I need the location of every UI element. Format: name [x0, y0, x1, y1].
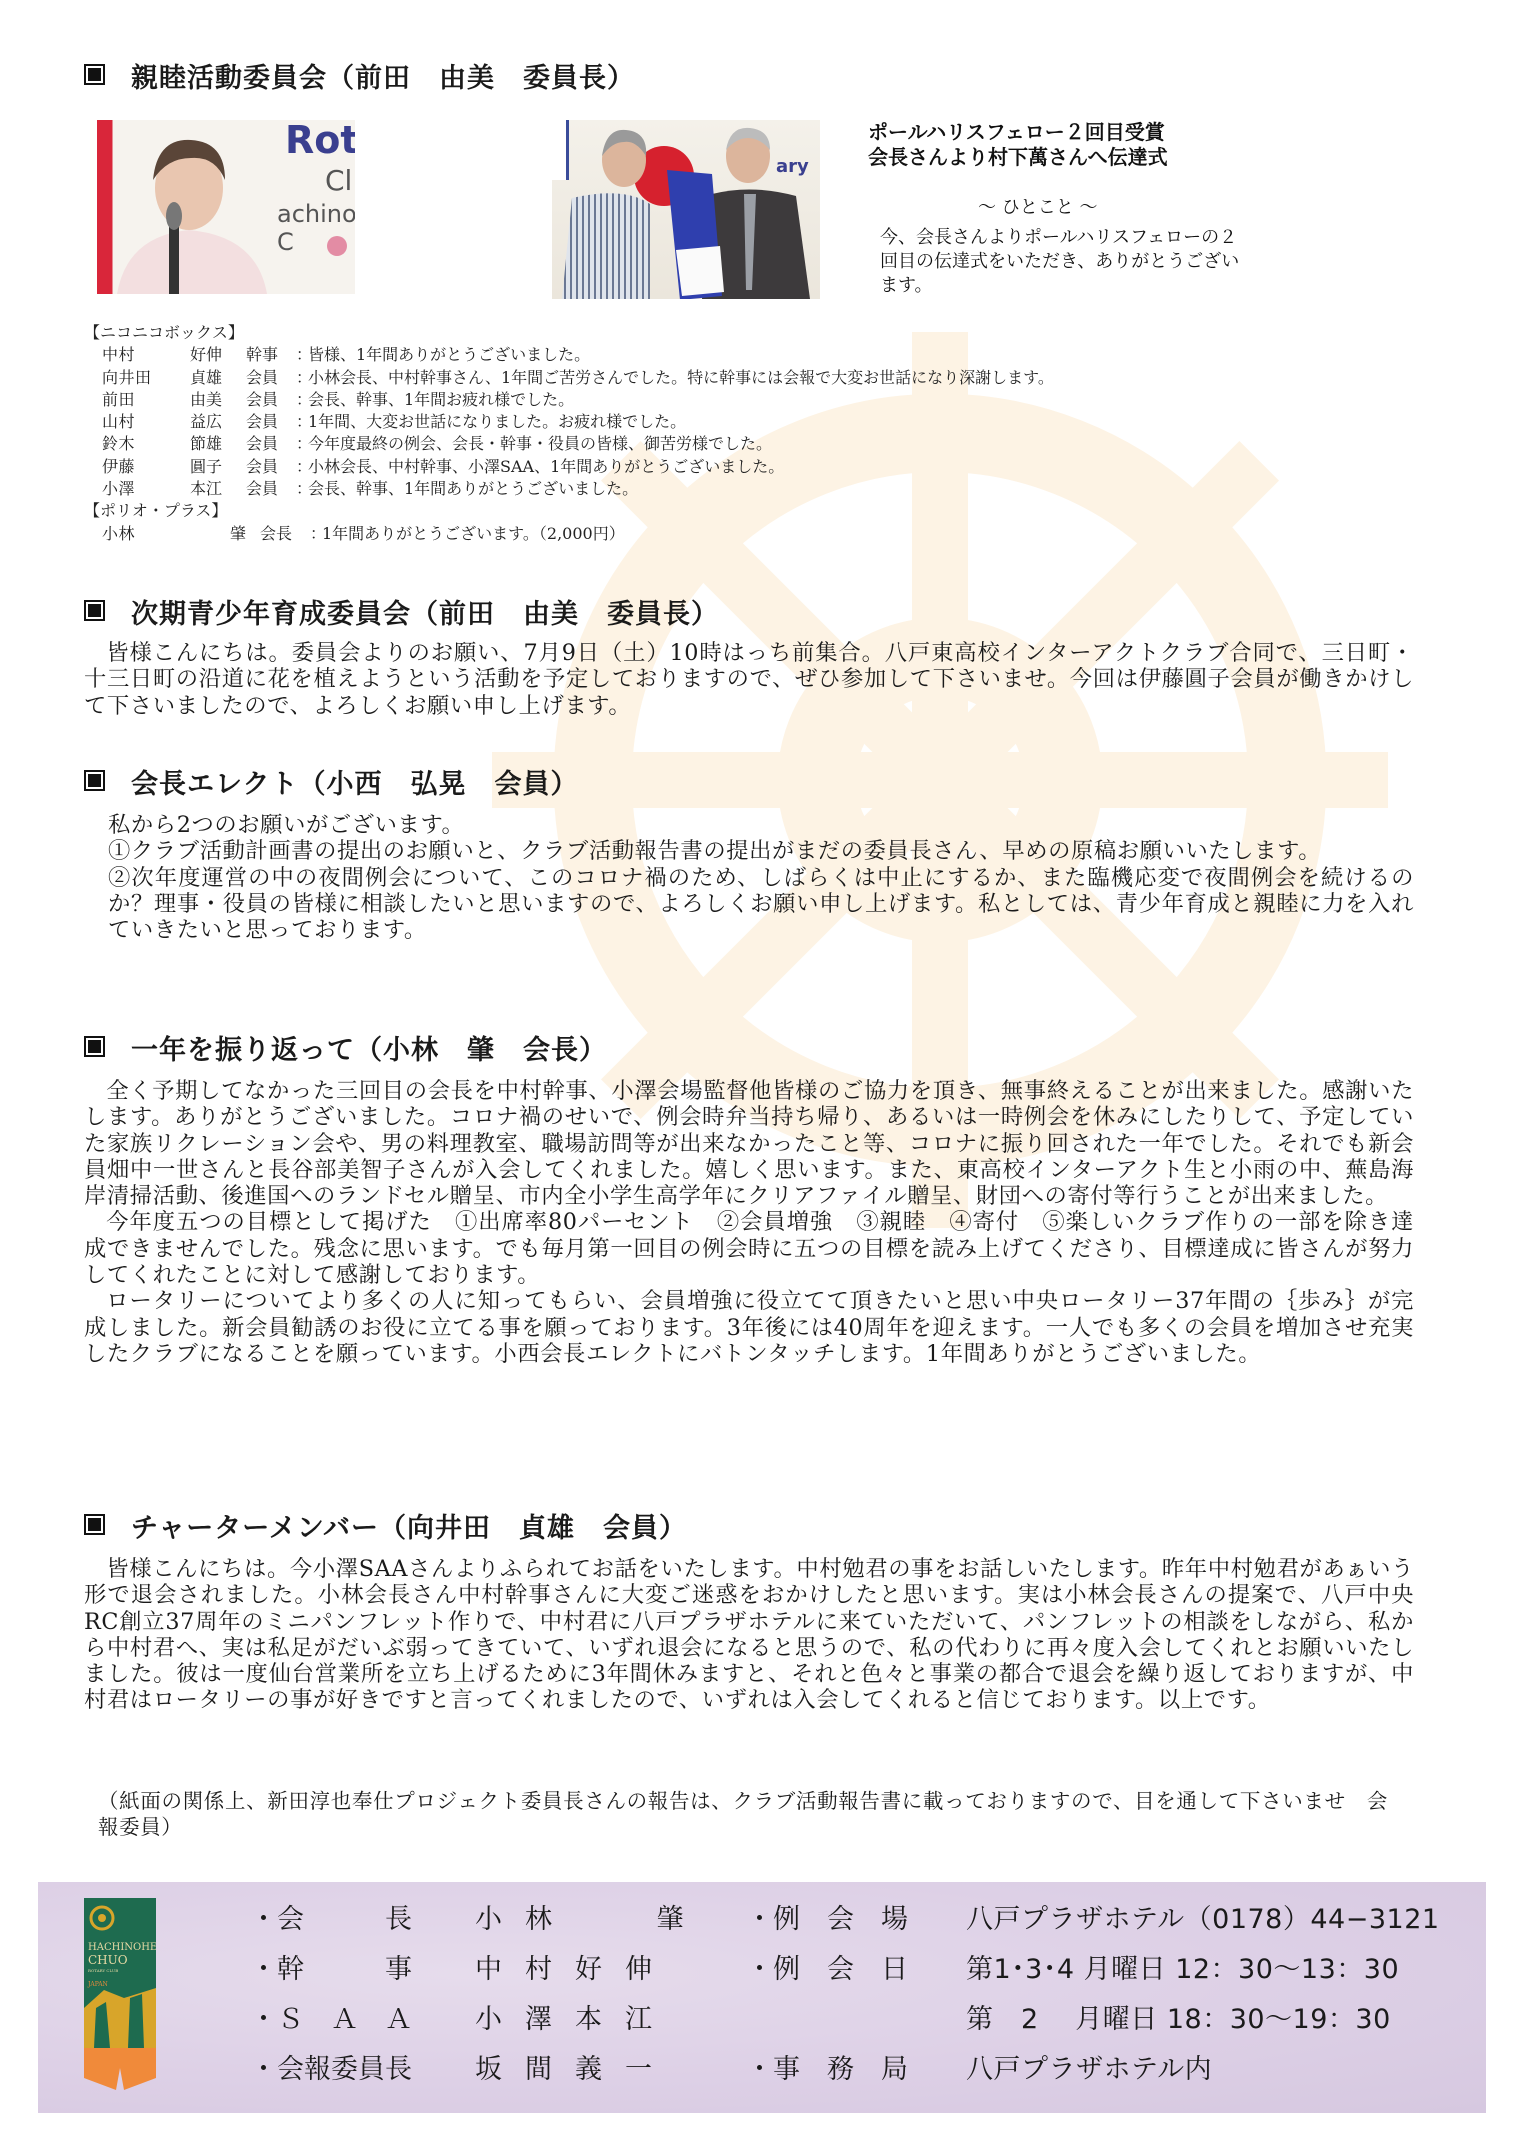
section-body-jiki-seishonen: 皆様こんにちは。委員会よりのお願い、7月9日（土）10時はっち前集合。八戸東高校… — [84, 640, 1414, 719]
info-value-meeting-day: 第1･3･4 月曜日 12：30〜13：30 — [966, 1947, 1399, 1986]
list-item: 前田由美会員：会長、幹事、1年間お疲れ様でした。 — [84, 389, 1054, 411]
officer-name-president: 小林 肇 — [475, 1897, 707, 1936]
officer-label-bulletin-chair: ・会報委員長 — [250, 2047, 412, 2086]
polio-title: 【ポリオ・プラス】 — [84, 500, 1054, 522]
list-item: 向井田貞雄会員：小林会長、中村幹事さん、1年間ご苦労さんでした。特に幹事には会報… — [84, 367, 1054, 389]
section-body-charter-member: 皆様こんにちは。今小澤SAAさんよりふられてお話をいたします。中村勉君の事をお話… — [84, 1556, 1414, 1714]
hitokoto-title: ～ ひとこと ～ — [978, 193, 1097, 219]
list-item: 小林肇会長：1年間ありがとうございます。（2,000円） — [84, 523, 1054, 545]
section-body-kaicho-elect: 私から2つのお願いがございます。 ①クラブ活動計画書の提出のお願いと、クラブ活動… — [108, 812, 1414, 943]
section-heading-kaicho-elect: 会長エレクト（小西 弘晃 会員） — [84, 762, 578, 801]
square-bullet-icon — [84, 1036, 105, 1057]
officer-name-bulletin-chair: 坂間義一 — [475, 2047, 675, 2086]
info-label-meeting-day: ・例 会 日 — [746, 1947, 908, 1986]
square-bullet-icon — [84, 1514, 105, 1535]
svg-text:JAPAN: JAPAN — [87, 1981, 108, 1988]
square-bullet-icon — [84, 770, 105, 791]
list-item: 伊藤圓子会員：小林会長、中村幹事、小澤SAA、1年間ありがとうございました。 — [84, 456, 1054, 478]
list-item: 中村好伸幹事：皆様、1年間ありがとうございました。 — [84, 344, 1054, 366]
svg-text:HACHINOHE: HACHINOHE — [88, 1942, 156, 1953]
woman-at-microphone-figure — [97, 120, 355, 294]
officer-label-president: ・会 長 — [250, 1897, 412, 1936]
photo-speaker: Rota Cl achinohe C — [97, 120, 355, 294]
officer-label-saa: ・Ｓ Ａ Ａ — [250, 1997, 412, 2036]
info-label-office: ・事 務 局 — [746, 2047, 908, 2086]
section-heading-charter-member: チャーターメンバー（向井田 貞雄 会員） — [84, 1506, 687, 1545]
info-value-venue: 八戸プラザホテル（0178）44−3121 — [966, 1897, 1440, 1936]
square-bullet-icon — [84, 600, 105, 621]
photo-caption: ポールハリスフェロー２回目受賞 会長さんより村下萬さんへ伝達式 — [868, 120, 1168, 170]
section-heading-shinboku: 親睦活動委員会（前田 由美 委員長） — [84, 56, 635, 95]
list-item: 小澤本江会員：会長、幹事、1年間ありがとうございました。 — [84, 478, 1054, 500]
section-heading-jiki-seishonen: 次期青少年育成委員会（前田 由美 委員長） — [84, 592, 719, 631]
svg-text:ROTARY CLUB: ROTARY CLUB — [88, 1968, 118, 1973]
section-body-furikaette: 全く予期してなかった三回目の会長を中村幹事、小澤会場監督他皆様のご協力を頂き、無… — [84, 1078, 1414, 1367]
list-item: 山村益広会員：1年間、大変お世話になりました。お疲れ様でした。 — [84, 411, 1054, 433]
section-heading-furikaette: 一年を振り返って（小林 肇 会長） — [84, 1028, 607, 1067]
club-pennant-logo: HACHINOHE CHUO ROTARY CLUB JAPAN — [84, 1898, 156, 2094]
hitokoto-text: 今、会長さんよりポールハリスフェローの２回目の伝達式をいただき、ありがとうござい… — [880, 226, 1240, 298]
nikoniko-box: 【ニコニコボックス】 中村好伸幹事：皆様、1年間ありがとうございました。 向井田… — [84, 322, 1054, 545]
officer-label-secretary: ・幹 事 — [250, 1947, 412, 1986]
info-label-venue: ・例 会 場 — [746, 1897, 908, 1936]
list-item: 鈴木節雄会員：今年度最終の例会、会長・幹事・役員の皆様、御苦労様でした。 — [84, 433, 1054, 455]
info-value-office: 八戸プラザホテル内 — [966, 2047, 1212, 2086]
photo-award-ceremony: ary — [552, 120, 820, 299]
editor-note: （紙面の関係上、新田淳也奉仕プロジェクト委員長さんの報告は、クラブ活動報告書に載… — [98, 1788, 1388, 1840]
svg-text:CHUO: CHUO — [88, 1953, 128, 1967]
two-men-with-certificate-figure — [552, 120, 820, 299]
newsletter-page: 親睦活動委員会（前田 由美 委員長） Rota Cl achinohe C ar… — [0, 0, 1513, 2140]
square-bullet-icon — [84, 64, 105, 85]
officer-name-secretary: 中村好伸 — [475, 1947, 675, 1986]
officer-name-saa: 小澤本江 — [475, 1997, 675, 2036]
nikoniko-title: 【ニコニコボックス】 — [84, 322, 1054, 344]
info-value-meeting-day-2: 第 2 月曜日 18：30〜19：30 — [966, 1997, 1391, 2036]
